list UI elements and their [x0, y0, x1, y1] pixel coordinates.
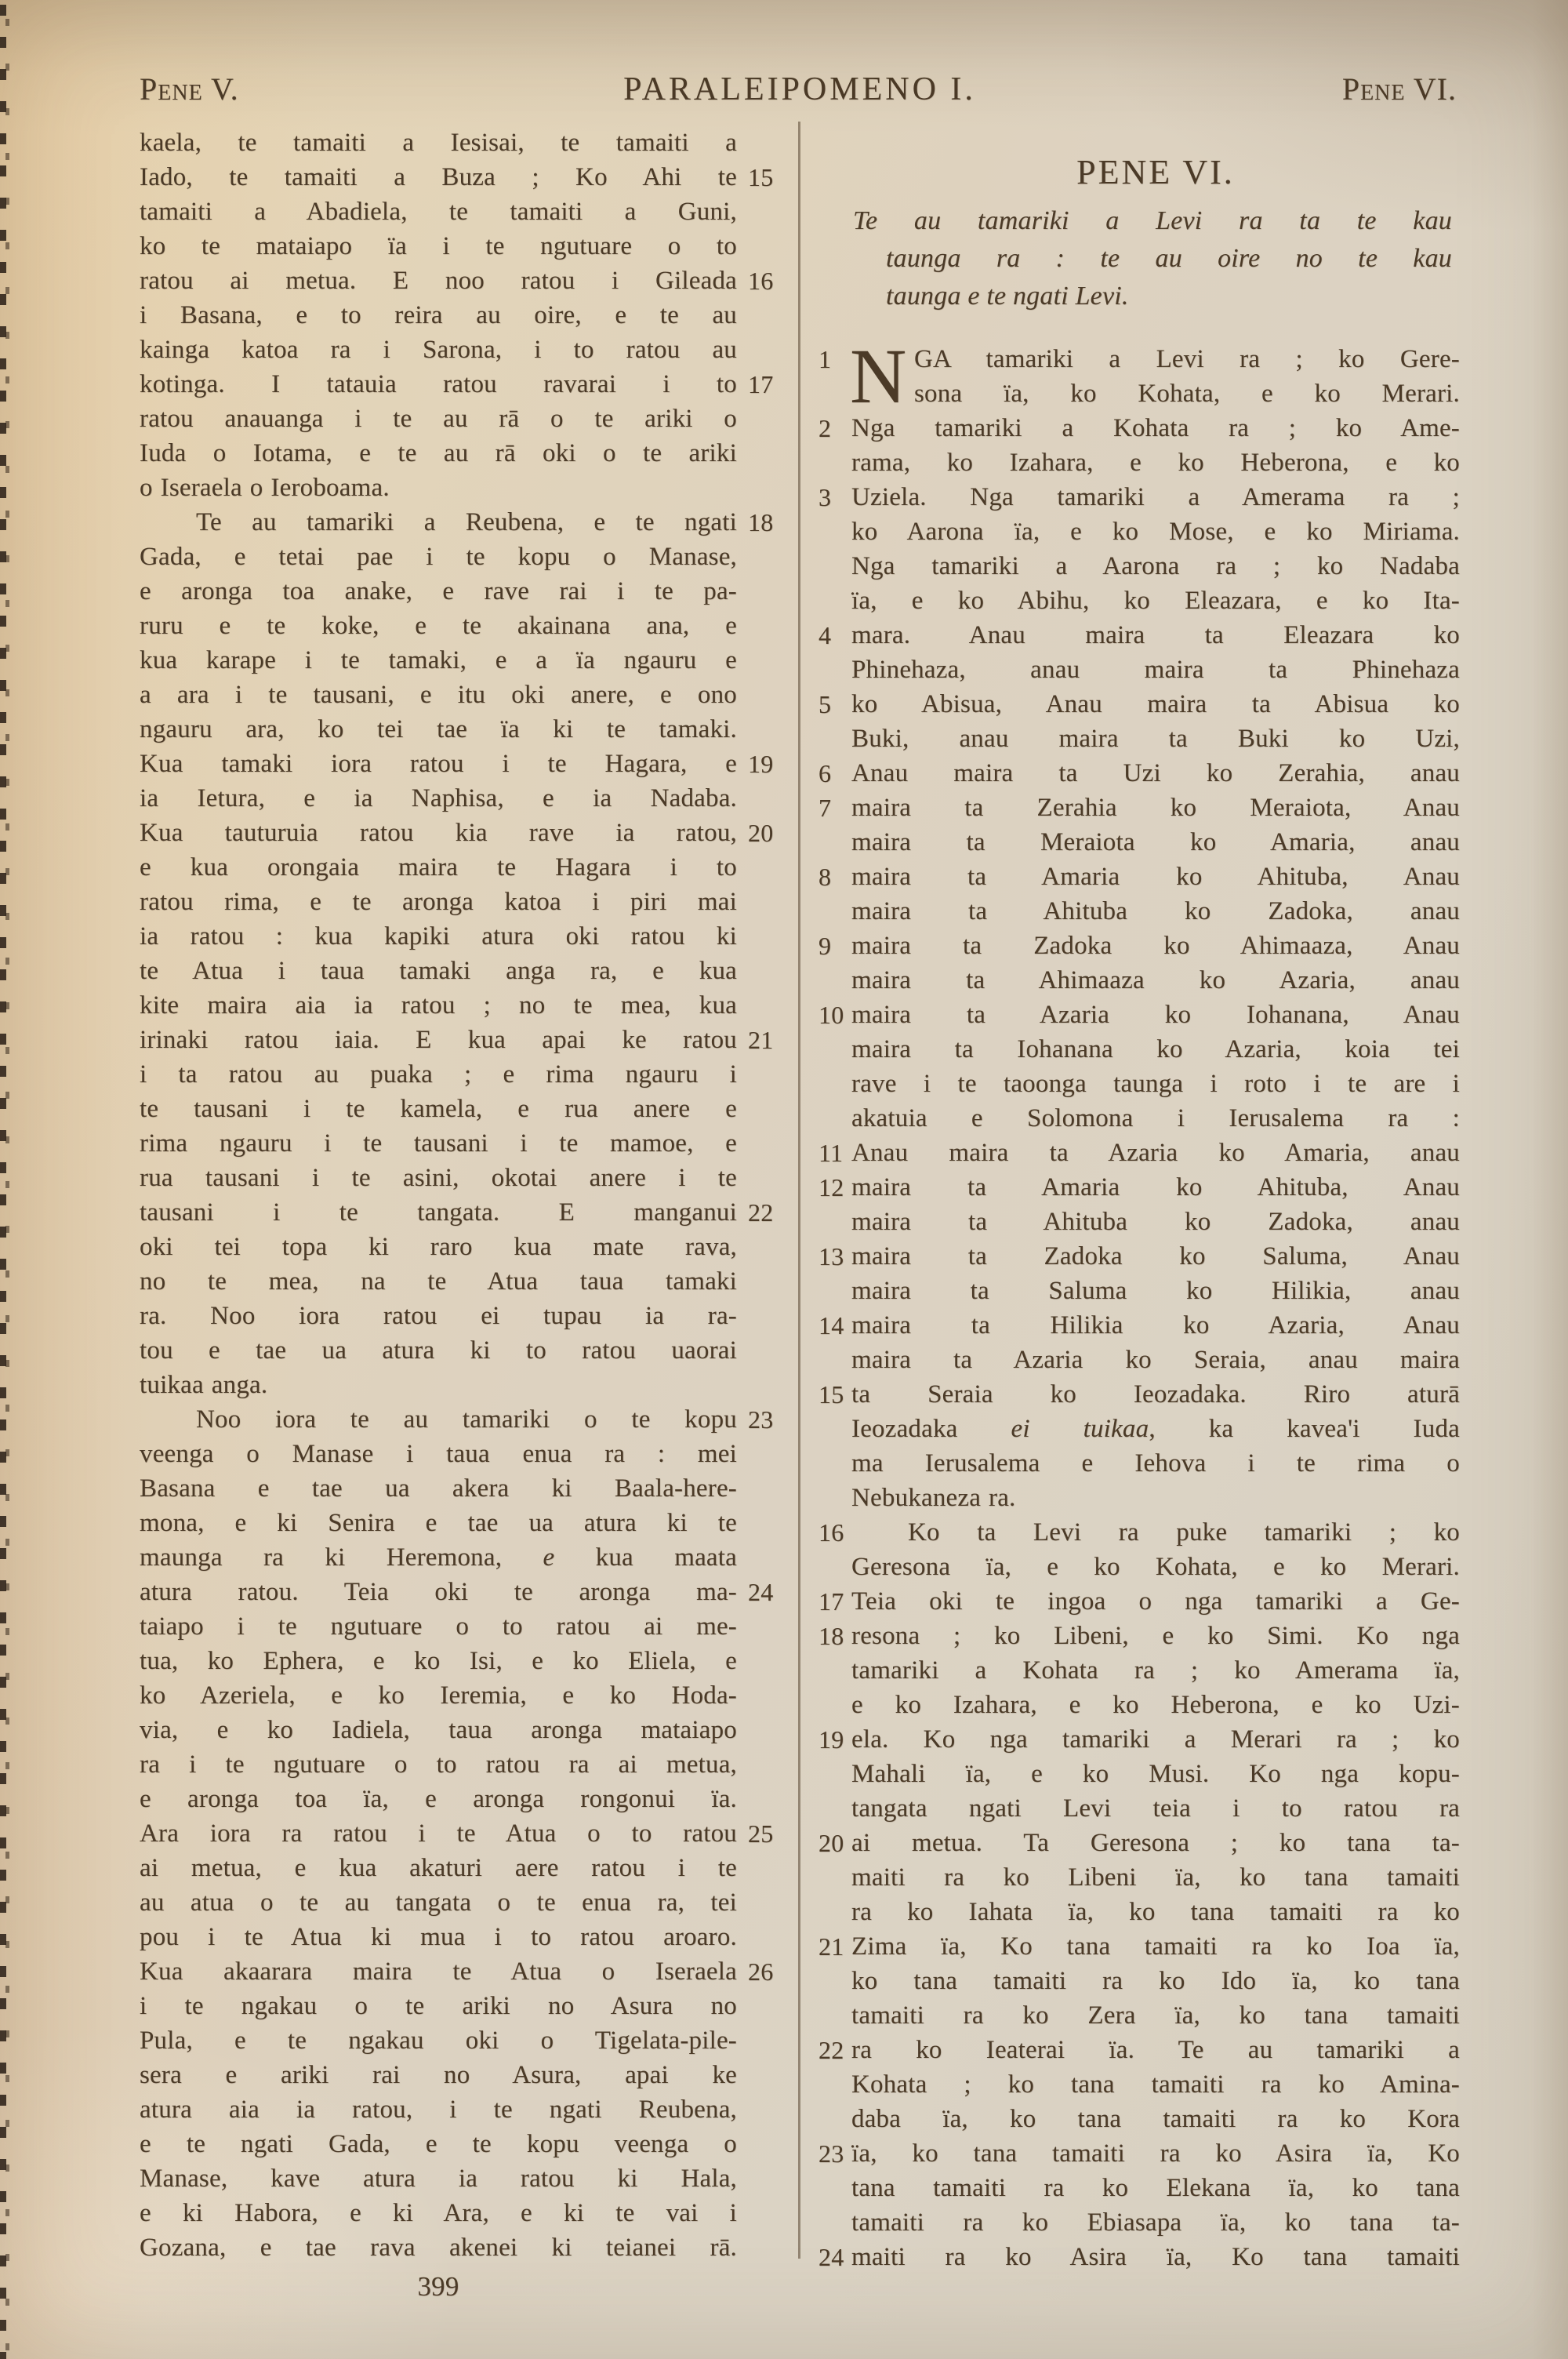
text-line: Ieozadaka ei tuikaa, ka kavea'i Iuda — [851, 1412, 1460, 1446]
text-line: ngauru ara, ko tei tae ïa ki te tamaki. — [140, 712, 737, 747]
text-line: ko Abisua, Anau maira ta Abisua ko5 — [851, 687, 1460, 722]
verse-number: 15 — [748, 160, 781, 194]
text-line: Noo iora te au tamariki o te kopu23 — [140, 1402, 737, 1437]
text-line: maira ta Ahimaaza ko Azaria, anau — [851, 963, 1460, 998]
running-header-right: Pene VI. — [1342, 69, 1457, 110]
text-line: tamaiti ra ko Zera ïa, ko tana tamaiti — [851, 1998, 1460, 2033]
verse-number: 18 — [748, 505, 781, 540]
text-line: e ko Izahara, e ko Heberona, e ko Uzi- — [851, 1688, 1460, 1722]
text-line: ko Aarona ïa, e ko Mose, e ko Miriama. — [851, 514, 1460, 549]
text-line: Uziela. Nga tamariki a Amerama ra ;3 — [851, 480, 1460, 514]
text-line: Anau maira ta Azaria ko Amaria, anau11 — [851, 1136, 1460, 1170]
text-line: Gozana, e tae rava akenei ki teianei rā. — [140, 2230, 737, 2265]
text-line: akatuia e Solomona i Ierusalema ra : — [851, 1101, 1460, 1136]
verse-number: 7 — [815, 791, 850, 825]
text-line: i te ngakau o te ariki no Asura no — [140, 1989, 737, 2023]
verse-number: 1 — [815, 342, 850, 376]
text-line: tana tamaiti ra ko Elekana ïa, ko tana — [851, 2171, 1460, 2205]
text-line: Basana e tae ua akera ki Baala-here- — [140, 1471, 737, 1506]
text-line: irinaki ratou iaia. E kua apai ke ratou2… — [140, 1023, 737, 1057]
text-line: veenga o Manase i taua enua ra : mei — [140, 1437, 737, 1471]
text-line: Kua akaarara maira te Atua o Iseraela26 — [140, 1954, 737, 1989]
text-line: tua, ko Ephera, e ko Isi, e ko Eliela, e — [140, 1644, 737, 1678]
binding-edge — [0, 0, 12, 2359]
book-title: PARALEIPOMENO I. — [140, 69, 1460, 110]
verse-number: 13 — [815, 1239, 850, 1274]
verse-number: 21 — [815, 1929, 850, 1964]
text-line: Ko ta Levi ra puke tamariki ; ko16 — [851, 1515, 1460, 1550]
text-line: ïa, ko tana tamaiti ra ko Asira ïa, Ko23 — [851, 2136, 1460, 2171]
text-line: e aronga toa ïa, e aronga rongonui ïa. — [140, 1782, 737, 1816]
verse-number: 16 — [815, 1515, 850, 1550]
text-line: ratou ai metua. E noo ratou i Gileada16 — [140, 264, 737, 298]
text-line: Manase, kave atura ia ratou ki Hala, — [140, 2161, 737, 2196]
text-line: sona ïa, ko Kohata, e ko Merari. — [851, 376, 1460, 411]
text-line: e kua orongaia maira te Hagara i to — [140, 850, 737, 885]
verse-number: 11 — [815, 1136, 850, 1170]
text-line: maiti ra ko Libeni ïa, ko tana tamaiti — [851, 1860, 1460, 1895]
book-page: Pene V. PARALEIPOMENO I. Pene VI. kaela,… — [0, 0, 1568, 2359]
text-line: Kohata ; ko tana tamaiti ra ko Amina- — [851, 2067, 1460, 2102]
verse-number: 17 — [815, 1584, 850, 1619]
text-line: mona, e ki Senira e tae ua atura ki te — [140, 1506, 737, 1540]
verse-number: 24 — [815, 2240, 850, 2274]
text-line: maira ta Zadoka ko Ahimaaza, Anau9 — [851, 929, 1460, 963]
text-line: i Basana, e to reira au oire, e te au — [140, 298, 737, 333]
text-line: resona ; ko Libeni, e ko Simi. Ko nga18 — [851, 1619, 1460, 1653]
text-line: ma Ierusalema e Iehova i te rima o — [851, 1446, 1460, 1481]
text-line: maira ta Hilikia ko Azaria, Anau14 — [851, 1308, 1460, 1343]
text-line: te tausani i te kamela, e rua anere e — [140, 1092, 737, 1126]
text-line: rave i te taoonga taunga i roto i te are… — [851, 1067, 1460, 1101]
text-line: atura ratou. Teia oki te aronga ma-24 — [140, 1575, 737, 1609]
chapter-heading: PENE VI. — [851, 152, 1460, 192]
text-line: ai metua, e kua akaturi aere ratou i te — [140, 1851, 737, 1885]
verse-number: 20 — [815, 1826, 850, 1860]
text-line: ratou rima, e te aronga katoa i piri mai — [140, 885, 737, 919]
text-line: tamariki a Kohata ra ; ko Amerama ïa, — [851, 1653, 1460, 1688]
text-line: daba ïa, ko tana tamaiti ra ko Kora — [851, 2102, 1460, 2136]
text-line: Kua tauturuia ratou kia rave ia ratou,20 — [140, 816, 737, 850]
text-line: maira ta Azaria ko Seraia, anau maira — [851, 1343, 1460, 1377]
verse-number: 19 — [748, 747, 781, 781]
verse-number: 3 — [815, 480, 850, 514]
text-line: Nga tamariki a Aarona ra ; ko Nadaba — [851, 549, 1460, 583]
column-divider — [798, 122, 800, 2259]
text-line: Pula, e te ngakau oki o Tigelata-pile- — [140, 2023, 737, 2058]
text-line: maira ta Zadoka ko Saluma, Anau13 — [851, 1239, 1460, 1274]
text-line: e ki Habora, e ki Ara, e ki te vai i — [140, 2196, 737, 2230]
text-line: Nga tamariki a Kohata ra ; ko Ame-2 — [851, 411, 1460, 445]
text-line: via, e ko Iadiela, taua aronga mataiapo — [140, 1713, 737, 1747]
text-line: Te au tamariki a Reubena, e te ngati18 — [140, 505, 737, 540]
text-line: Nebukaneza ra. — [851, 1481, 1460, 1515]
verse-number: 24 — [748, 1575, 781, 1609]
text-line: Teia oki te ingoa o nga tamariki a Ge-17 — [851, 1584, 1460, 1619]
text-line: ra i te ngutuare o to ratou ra ai metua, — [140, 1747, 737, 1782]
text-line: kotinga. I tatauia ratou ravarai i to17 — [140, 367, 737, 402]
text-line: rua tausani i te asini, okotai anere i t… — [140, 1161, 737, 1195]
verse-number: 25 — [748, 1816, 781, 1851]
text-line: maira ta Amaria ko Ahituba, Anau8 — [851, 860, 1460, 894]
chapter-summary: Te au tamariki a Levi ra ta te kautaunga… — [851, 202, 1460, 315]
text-line: kainga katoa ra i Sarona, i to ratou au — [140, 333, 737, 367]
text-line: maira ta Iohanana ko Azaria, koia tei — [851, 1032, 1460, 1067]
text-line: taunga e te ngati Levi. — [851, 278, 1460, 315]
text-line: tamaiti ra ko Ebiasapa ïa, ko tana ta- — [851, 2205, 1460, 2240]
text-line: Te au tamariki a Levi ra ta te kau — [851, 202, 1460, 240]
text-line: maira ta Zerahia ko Meraiota, Anau7 — [851, 791, 1460, 825]
text-line: Buki, anau maira ta Buki ko Uzi, — [851, 722, 1460, 756]
text-line: pou i te Atua ki mua i to ratou aroaro. — [140, 1920, 737, 1954]
text-line: ai metua. Ta Geresona ; ko tana ta-20 — [851, 1826, 1460, 1860]
text-line: Mahali ïa, e ko Musi. Ko nga kopu- — [851, 1757, 1460, 1791]
text-line: no te mea, na te Atua taua tamaki — [140, 1264, 737, 1299]
text-line: ra. Noo iora ratou ei tupau ia ra- — [140, 1299, 737, 1333]
verse-number: 23 — [748, 1402, 781, 1437]
verse-number: 22 — [815, 2033, 850, 2067]
verse-number: 9 — [815, 929, 850, 963]
verse-number: 12 — [815, 1170, 850, 1205]
text-line: rima ngauru i te tausani i te mamoe, e — [140, 1126, 737, 1161]
text-line: GA tamariki a Levi ra ; ko Gere-1N — [851, 342, 1460, 376]
verse-number: 14 — [815, 1308, 850, 1343]
text-line: au atua o te au tangata o te enua ra, te… — [140, 1885, 737, 1920]
text-line: Ara iora ra ratou i te Atua o to ratou25 — [140, 1816, 737, 1851]
right-column: GA tamariki a Levi ra ; ko Gere-1Nsona ï… — [851, 342, 1460, 2274]
verse-number: 15 — [815, 1377, 850, 1412]
text-line: Kua tamaki iora ratou i te Hagara, e19 — [140, 747, 737, 781]
text-line: Anau maira ta Uzi ko Zerahia, anau6 — [851, 756, 1460, 791]
text-line: maira ta Amaria ko Ahituba, Anau12 — [851, 1170, 1460, 1205]
text-line: Phinehaza, anau maira ta Phinehaza — [851, 652, 1460, 687]
verse-number: 6 — [815, 756, 850, 791]
verse-number: 18 — [815, 1619, 850, 1653]
verse-number: 17 — [748, 367, 781, 402]
verse-number: 21 — [748, 1023, 781, 1057]
verse-number: 5 — [815, 687, 850, 722]
text-line: tangata ngati Levi teia i to ratou ra — [851, 1791, 1460, 1826]
text-line: Iado, te tamaiti a Buza ; Ko Ahi te15 — [140, 160, 737, 194]
text-line: ratou anauanga i te au rā o te ariki o — [140, 402, 737, 436]
text-line: maira ta Azaria ko Iohanana, Anau10 — [851, 998, 1460, 1032]
text-line: maira ta Ahituba ko Zadoka, anau — [851, 1205, 1460, 1239]
text-line: a ara i te tausani, e itu oki anere, e o… — [140, 678, 737, 712]
verse-number: 19 — [815, 1722, 850, 1757]
running-header: Pene V. PARALEIPOMENO I. Pene VI. — [140, 69, 1460, 113]
verse-number: 26 — [748, 1954, 781, 1989]
text-line: Gada, e tetai pae i te kopu o Manase, — [140, 540, 737, 574]
text-line: taunga ra : te au oire no te kau — [851, 240, 1460, 278]
text-line: ia Ietura, e ia Naphisa, e ia Nadaba. — [140, 781, 737, 816]
text-line: tuikaa anga. — [140, 1368, 737, 1402]
text-line: kaela, te tamaiti a Iesisai, te tamaiti … — [140, 125, 737, 160]
text-line: e aronga toa anake, e rave rai i te pa- — [140, 574, 737, 609]
text-line: Iuda o Iotama, e te au rā oki o te ariki — [140, 436, 737, 471]
text-line: te Atua i taua tamaki anga ra, e kua — [140, 954, 737, 988]
text-line: maira ta Saluma ko Hilikia, anau — [851, 1274, 1460, 1308]
text-line: i ta ratou au puaka ; e rima ngauru i — [140, 1057, 737, 1092]
text-line: tausani i te tangata. E manganui22 — [140, 1195, 737, 1230]
text-line: kite maira aia ia ratou ; no te mea, kua — [140, 988, 737, 1023]
text-line: kua karape i te tamaki, e a ïa ngauru e — [140, 643, 737, 678]
text-line: o Iseraela o Ieroboama. — [140, 471, 737, 505]
text-line: maiti ra ko Asira ïa, Ko tana tamaiti24 — [851, 2240, 1460, 2274]
text-line: ta Seraia ko Ieozadaka. Riro aturā15 — [851, 1377, 1460, 1412]
verse-number: 20 — [748, 816, 781, 850]
text-line: Geresona ïa, e ko Kohata, e ko Merari. — [851, 1550, 1460, 1584]
text-line: taiapo i te ngutuare o to ratou ai me- — [140, 1609, 737, 1644]
text-line: ïa, e ko Abihu, ko Eleazara, e ko Ita- — [851, 583, 1460, 618]
text-line: maira ta Ahituba ko Zadoka, anau — [851, 894, 1460, 929]
text-line: mara. Anau maira ta Eleazara ko4 — [851, 618, 1460, 652]
text-line: ko te mataiapo ïa i te ngutuare o to — [140, 229, 737, 264]
text-line: ela. Ko nga tamariki a Merari ra ; ko19 — [851, 1722, 1460, 1757]
text-line: ia ratou : kua kapiki atura oki ratou ki — [140, 919, 737, 954]
text-line: tou e tae ua atura ki to ratou uaorai — [140, 1333, 737, 1368]
text-line: rama, ko Izahara, e ko Heberona, e ko — [851, 445, 1460, 480]
text-line: ra ko Iahata ïa, ko tana tamaiti ra ko — [851, 1895, 1460, 1929]
text-line: atura aia ia ratou, i te ngati Reubena, — [140, 2092, 737, 2127]
text-line: ra ko Ieaterai ïa. Te au tamariki a22 — [851, 2033, 1460, 2067]
text-line: maunga ra ki Heremona, e kua maata — [140, 1540, 737, 1575]
verse-number: 2 — [815, 411, 850, 445]
verse-number: 10 — [815, 998, 850, 1032]
text-line: oki tei topa ki raro kua mate rava, — [140, 1230, 737, 1264]
page-number: 399 — [140, 2271, 737, 2303]
verse-number: 8 — [815, 860, 850, 894]
verse-number: 16 — [748, 264, 781, 298]
text-line: Zima ïa, Ko tana tamaiti ra ko Ioa ïa,21 — [851, 1929, 1460, 1964]
text-line: maira ta Meraiota ko Amaria, anau — [851, 825, 1460, 860]
left-column: kaela, te tamaiti a Iesisai, te tamaiti … — [140, 125, 737, 2265]
text-line: ruru e te koke, e te akainana ana, e — [140, 609, 737, 643]
text-line: e te ngati Gada, e te kopu veenga o — [140, 2127, 737, 2161]
verse-number: 23 — [815, 2136, 850, 2171]
text-line: sera e ariki rai no Asura, apai ke — [140, 2058, 737, 2092]
text-line: ko Azeriela, e ko Ieremia, e ko Hoda- — [140, 1678, 737, 1713]
verse-number: 22 — [748, 1195, 781, 1230]
verse-number: 4 — [815, 618, 850, 652]
text-line: ko tana tamaiti ra ko Ido ïa, ko tana — [851, 1964, 1460, 1998]
text-line: tamaiti a Abadiela, te tamaiti a Guni, — [140, 194, 737, 229]
